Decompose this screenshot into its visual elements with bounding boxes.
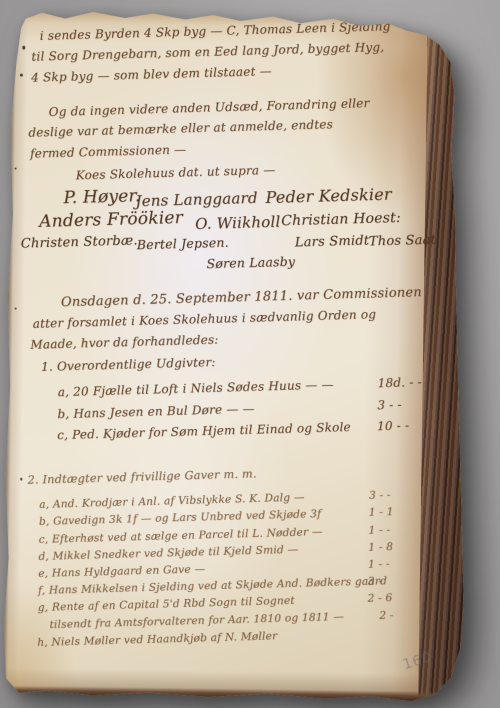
manuscript-line: i sendes Byrden 4 Skp byg — C, Thomas Le… — [40, 20, 391, 42]
ink-speck — [15, 168, 17, 170]
manuscript-line: deslige var at bemærke eller at anmelde,… — [28, 118, 333, 139]
amount-value: 3 - - — [369, 490, 391, 501]
amount-value: 2 - — [379, 610, 394, 621]
amount-value: 1 - 1 — [369, 507, 394, 518]
section-1-heading: 1. Overordentlige Udgivter: — [41, 356, 216, 373]
amount-value: 1 - 8 — [368, 542, 393, 553]
manuscript-line: fermed Commissionen — — [30, 143, 186, 159]
amount-value: 3 - - — [377, 399, 402, 412]
manuscript-line: til Sorg Drengebarn, som en Eed lang Jor… — [31, 41, 384, 63]
amount-value: 3 - — [368, 576, 383, 587]
manuscript-book: i sendes Byrden 4 Skp byg — C, Thomas Le… — [0, 7, 472, 701]
manuscript-line: Maade, hvor da forhandledes: — [30, 334, 218, 351]
ledger-text: b, Hans Jesen en Bul Døre — — — [57, 402, 255, 422]
signature: Jens Langgaard — [135, 191, 258, 209]
amount-value: 1 - - — [368, 559, 390, 570]
ink-speck — [22, 46, 25, 50]
ledger-text: d, Mikkel Snedker ved Skjøde til Kjeld S… — [38, 544, 298, 563]
ledger-text: tilsendt fra Amtsforvalteren for Aar. 18… — [49, 611, 344, 631]
amount-value: 1 - - — [368, 525, 390, 536]
ledger-text: g, Rente af en Capital 5'd Rbd Sogn til … — [38, 595, 295, 614]
signature: Bertel Jepsen. — [137, 237, 229, 252]
amount-value: 2 - 6 — [367, 593, 392, 604]
signature: Thos Saat — [369, 234, 436, 249]
signature: Christen Storbæ. — [21, 234, 138, 250]
dateline: Koes Skolehuus dat. ut supra — — [76, 164, 276, 182]
signature: Anders Fröökier — [39, 210, 183, 231]
ledger-text: e, Hans Hyldgaard en Gave — — [38, 563, 205, 580]
book-page: i sendes Byrden 4 Skp byg — C, Thomas Le… — [0, 7, 472, 701]
ink-speck — [15, 308, 17, 310]
ink-speck — [20, 74, 23, 77]
ledger-text: b, Gavedign 3k 1f — og Lars Unbred ved S… — [39, 508, 322, 528]
manuscript-line: atter forsamlet i Koes Skolehuus i sædva… — [33, 308, 377, 330]
signature: P. Høyer. — [63, 188, 140, 207]
signature: Christian Hoest: — [281, 211, 401, 228]
manuscript-line: Onsdagen d. 25. September 1811. var Comm… — [61, 286, 422, 309]
ledger-text: a, And. Krodjær i Anl. af Vibslykke S. K… — [39, 491, 305, 510]
ledger-text: a, 20 Fjælle til Loft i Niels Sødes Huus… — [58, 377, 334, 399]
manuscript-line: 4 Skp byg — som blev dem tilstaaet — — [31, 65, 272, 84]
ledger-text: h, Niels Møller ved Haandkjøb af N. Møll… — [37, 630, 277, 649]
signature: Søren Laasby — [206, 256, 295, 271]
ledger-text: c, Efterhøst ved at sælge en Parcel til … — [38, 526, 322, 546]
signature: Peder Kedskier — [265, 187, 392, 207]
ledger-line: h, Niels Møller ved Haandkjøb af N. Møll… — [37, 626, 447, 648]
amount-value: 18d. - - — [377, 376, 421, 389]
amount-value: 10 - - — [377, 419, 410, 432]
ledger-text: c, Ped. Kjøder for Søm Hjem til Einad og… — [57, 420, 351, 442]
section-2-heading: 2. Indtægter ved frivillige Gaver m. m. — [27, 468, 256, 486]
signature: O. Wiikholl — [195, 215, 281, 232]
signature: Lars Smidt — [295, 234, 370, 249]
ink-speck — [20, 478, 22, 481]
manuscript-line: Og da ingen videre anden Udsæd, Forandri… — [48, 97, 369, 118]
